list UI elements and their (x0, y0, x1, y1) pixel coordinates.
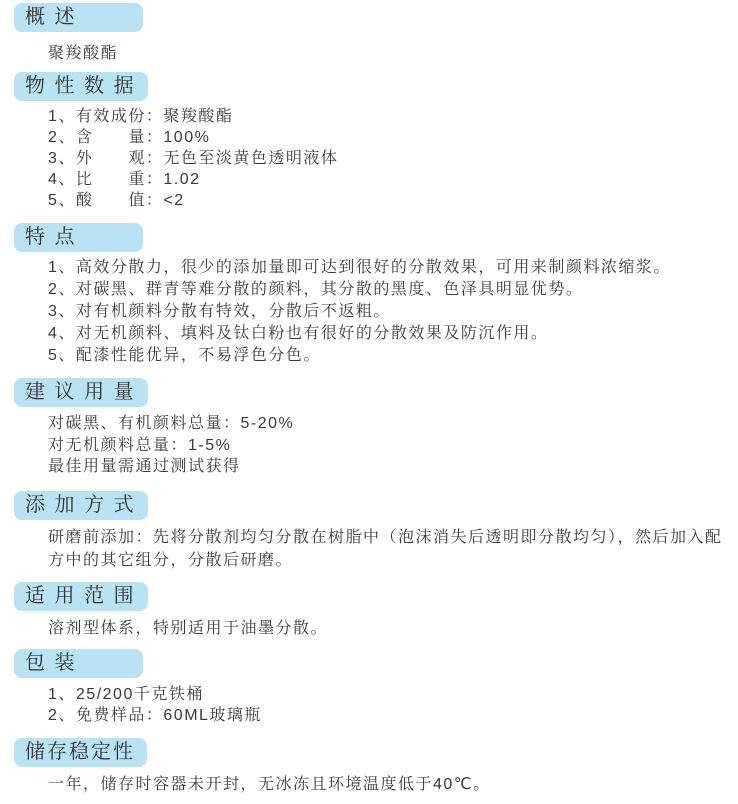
list-item: 1、25/200千克铁桶 (48, 684, 734, 706)
section-addition-method: 添 加 方 式 研磨前添加：先将分散剂均匀分散在树脂中（泡沫消失后透明即分散均匀… (0, 478, 738, 572)
section-storage-stability-title: 储存稳定性 (14, 738, 147, 767)
list-item: 1、有效成份：聚羧酸酯 (48, 106, 734, 127)
list-item: 4、对无机颜料、填料及钛白粉也有很好的分散效果及防沉作用。 (48, 323, 734, 345)
list-item: 2、对碳黑、群青等难分散的颜料，其分散的黑度、色泽具明显优势。 (48, 279, 734, 301)
section-recommended-dosage-content: 对碳黑、有机颜料总量：5-20% 对无机颜料总量：1-5% 最佳用量需通过测试获… (48, 413, 734, 478)
section-packaging-content: 1、25/200千克铁桶 2、免费样品：60ML玻璃瓶 (48, 684, 734, 727)
section-features: 特 点 1、高效分散力，很少的添加量即可达到很好的分散效果，可用来制颜料浓缩浆。… (0, 211, 738, 367)
section-application-scope: 适 用 范 围 溶剂型体系，特别适用于油墨分散。 (0, 572, 738, 639)
text-line: 聚羧酸酯 (48, 43, 734, 64)
list-item: 5、配漆性能优异，不易浮色分色。 (48, 345, 734, 367)
section-features-title: 特 点 (14, 223, 143, 252)
section-physical-properties-content: 1、有效成份：聚羧酸酯 2、含 量：100% 3、外 观：无色至淡黄色透明液体 … (48, 106, 734, 211)
section-addition-method-title: 添 加 方 式 (14, 491, 148, 520)
section-overview-content: 聚羧酸酯 (48, 43, 734, 64)
text-line: 对无机颜料总量：1-5% (48, 435, 734, 457)
section-overview-title: 概 述 (14, 3, 143, 32)
list-item: 1、高效分散力，很少的添加量即可达到很好的分散效果，可用来制颜料浓缩浆。 (48, 257, 734, 279)
section-features-content: 1、高效分散力，很少的添加量即可达到很好的分散效果，可用来制颜料浓缩浆。 2、对… (48, 257, 734, 367)
datasheet-document: 概 述 聚羧酸酯 物 性 数 据 1、有效成份：聚羧酸酯 2、含 量：100% … (0, 0, 738, 804)
paragraph: 研磨前添加：先将分散剂均匀分散在树脂中（泡沫消失后透明即分散均匀），然后加入配方… (48, 526, 734, 572)
list-item: 2、免费样品：60ML玻璃瓶 (48, 705, 734, 727)
text-line: 一年，储存时容器未开封，无冰冻且环境温度低于40℃。 (48, 774, 734, 795)
section-storage-stability: 储存稳定性 一年，储存时容器未开封，无冰冻且环境温度低于40℃。 (0, 727, 738, 795)
text-line: 溶剂型体系，特别适用于油墨分散。 (48, 618, 734, 639)
section-recommended-dosage-title: 建 议 用 量 (14, 378, 148, 407)
section-storage-stability-content: 一年，储存时容器未开封，无冰冻且环境温度低于40℃。 (48, 774, 734, 795)
section-physical-properties: 物 性 数 据 1、有效成份：聚羧酸酯 2、含 量：100% 3、外 观：无色至… (0, 64, 738, 211)
list-item: 5、酸 值：<2 (48, 190, 734, 211)
list-item: 3、外 观：无色至淡黄色透明液体 (48, 148, 734, 169)
text-line: 对碳黑、有机颜料总量：5-20% (48, 413, 734, 435)
section-packaging: 包 装 1、25/200千克铁桶 2、免费样品：60ML玻璃瓶 (0, 639, 738, 727)
section-packaging-title: 包 装 (14, 649, 143, 678)
section-application-scope-title: 适 用 范 围 (14, 582, 148, 611)
list-item: 2、含 量：100% (48, 127, 734, 148)
section-recommended-dosage: 建 议 用 量 对碳黑、有机颜料总量：5-20% 对无机颜料总量：1-5% 最佳… (0, 367, 738, 478)
section-addition-method-content: 研磨前添加：先将分散剂均匀分散在树脂中（泡沫消失后透明即分散均匀），然后加入配方… (48, 526, 734, 572)
section-physical-properties-title: 物 性 数 据 (14, 72, 148, 101)
text-line: 最佳用量需通过测试获得 (48, 456, 734, 478)
list-item: 3、对有机颜料分散有特效，分散后不返粗。 (48, 301, 734, 323)
section-overview: 概 述 聚羧酸酯 (0, 0, 738, 64)
list-item: 4、比 重：1.02 (48, 169, 734, 190)
section-application-scope-content: 溶剂型体系，特别适用于油墨分散。 (48, 618, 734, 639)
